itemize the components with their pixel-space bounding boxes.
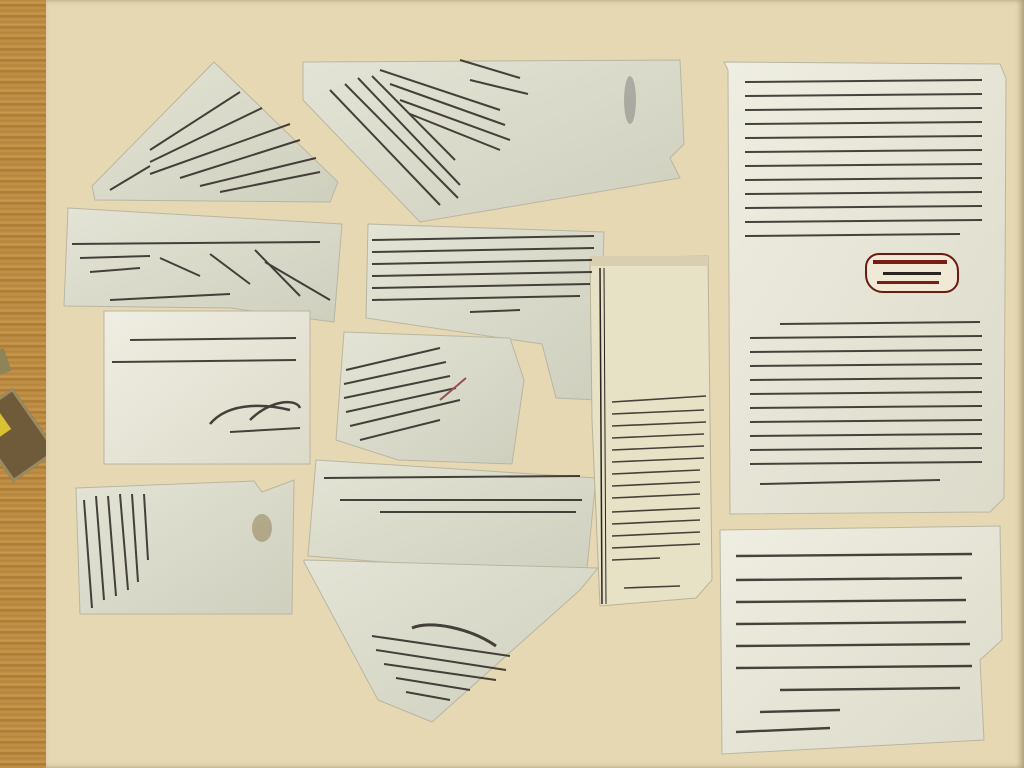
fragment-triangle-top-left: [92, 62, 338, 202]
folded-flap: [590, 256, 708, 266]
fragment-folded-slip: [590, 256, 712, 606]
red-rubric-line: [873, 260, 947, 264]
fragment-pentagon-center-bottom: [304, 560, 598, 722]
fragment-strip-left-upper: [64, 208, 342, 322]
manuscript-photo: Photograph of Arabic manuscript fragment…: [0, 0, 1024, 768]
fragment-page-right-upper: [724, 62, 1006, 514]
fragment-page-right-lower: [720, 526, 1002, 754]
fragment-card-center-middle: [336, 332, 524, 464]
stain: [624, 76, 636, 124]
fragment-card-left-middle: [104, 311, 310, 464]
stain: [252, 514, 272, 542]
rubricated-heading-cartouche: [865, 253, 959, 293]
rubric-ink-line: [883, 272, 941, 275]
scene-description: Photograph of Arabic manuscript fragment…: [0, 0, 509, 11]
red-rubric-line: [877, 281, 939, 284]
fragments-layer: [0, 0, 1024, 768]
